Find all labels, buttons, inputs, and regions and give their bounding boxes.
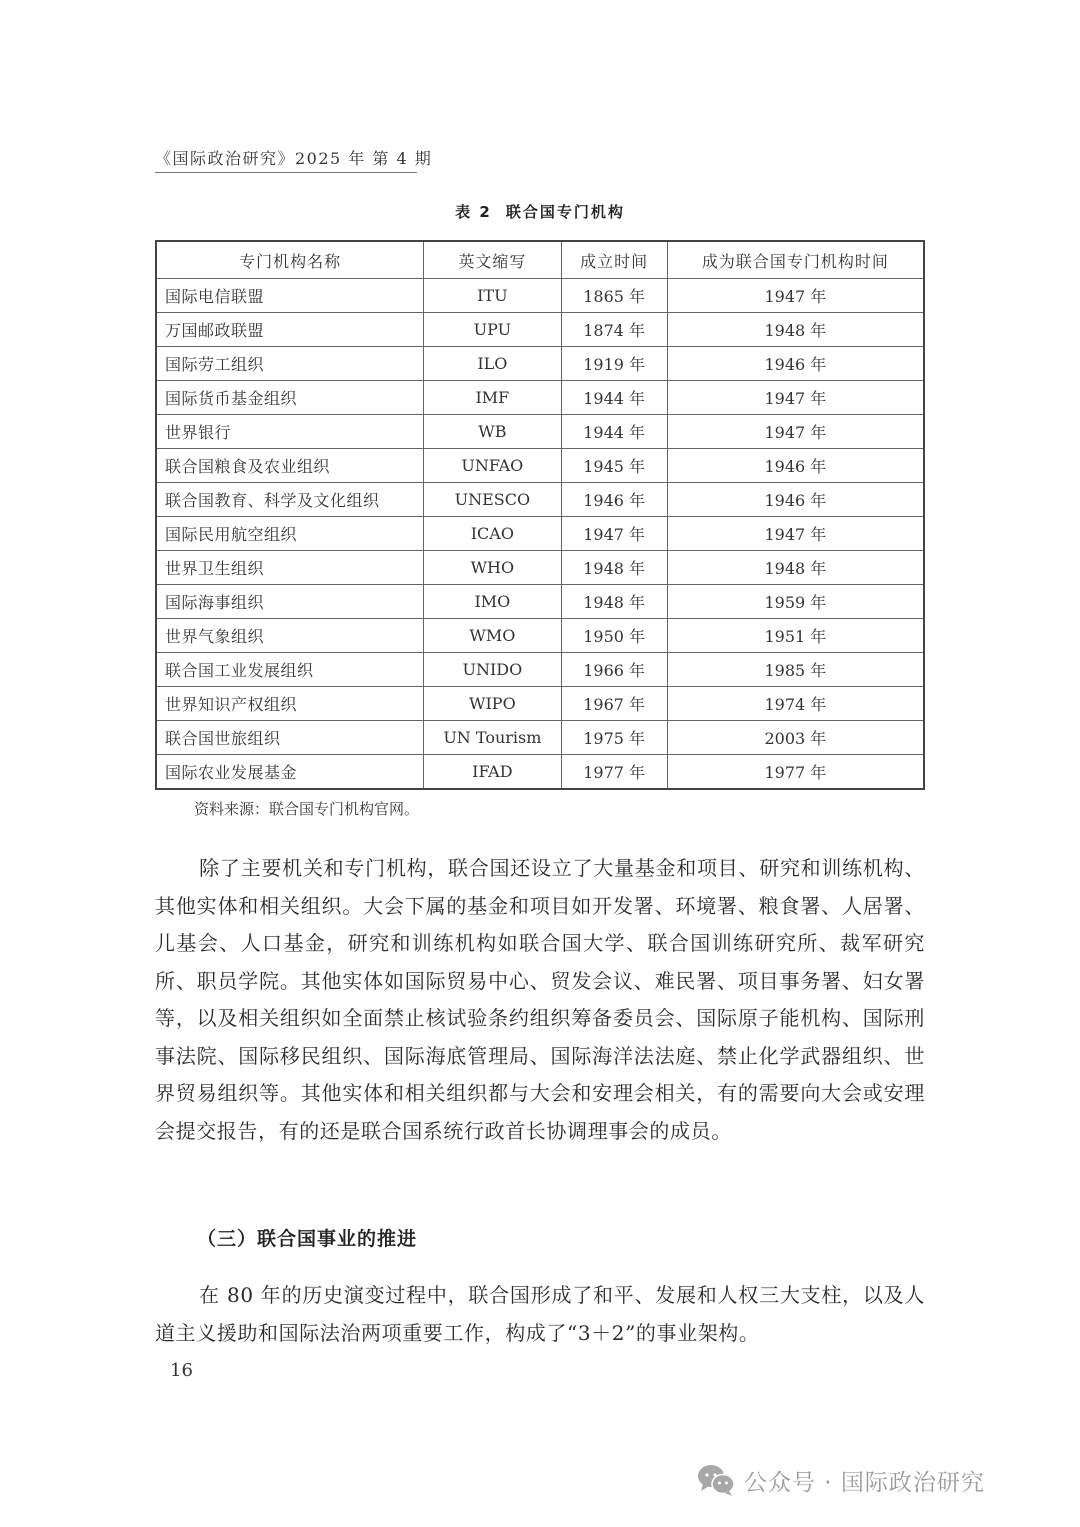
cell-became-agency: 1959 年 — [667, 585, 924, 619]
cell-founded: 1966 年 — [561, 653, 667, 687]
table-caption-title: 联合国专门机构 — [506, 203, 625, 221]
cell-founded: 1865 年 — [561, 279, 667, 313]
cell-became-agency: 1977 年 — [667, 755, 924, 790]
table-row: 国际货币基金组织IMF1944 年1947 年 — [156, 381, 924, 415]
page-number: 16 — [170, 1360, 193, 1381]
cell-founded: 1975 年 — [561, 721, 667, 755]
cell-agency-name: 联合国世旅组织 — [156, 721, 424, 755]
table-row: 国际农业发展基金IFAD1977 年1977 年 — [156, 755, 924, 790]
table-row: 联合国粮食及农业组织UNFAO1945 年1946 年 — [156, 449, 924, 483]
body-paragraph-1: 除了主要机关和专门机构，联合国还设立了大量基金和项目、研究和训练机构、其他实体和… — [155, 850, 925, 1150]
cell-became-agency: 1951 年 — [667, 619, 924, 653]
cell-became-agency: 2003 年 — [667, 721, 924, 755]
wechat-icon — [696, 1463, 736, 1497]
header-became-agency: 成为联合国专门机构时间 — [667, 241, 924, 279]
cell-founded: 1874 年 — [561, 313, 667, 347]
cell-became-agency: 1974 年 — [667, 687, 924, 721]
body-paragraph-2-text: 在 80 年的历史演变过程中，联合国形成了和平、发展和人权三大支柱，以及人道主义… — [155, 1283, 925, 1345]
table-row: 联合国教育、科学及文化组织UNESCO1946 年1946 年 — [156, 483, 924, 517]
table-row: 世界气象组织WMO1950 年1951 年 — [156, 619, 924, 653]
cell-agency-name: 国际民用航空组织 — [156, 517, 424, 551]
cell-founded: 1950 年 — [561, 619, 667, 653]
running-head: 《国际政治研究》2025 年 第 4 期 — [155, 146, 417, 173]
body-paragraph-1-text: 除了主要机关和专门机构，联合国还设立了大量基金和项目、研究和训练机构、其他实体和… — [155, 856, 925, 1143]
cell-agency-name: 万国邮政联盟 — [156, 313, 424, 347]
cell-abbreviation: IMF — [424, 381, 561, 415]
table-row: 万国邮政联盟UPU1874 年1948 年 — [156, 313, 924, 347]
cell-agency-name: 国际货币基金组织 — [156, 381, 424, 415]
table-row: 国际民用航空组织ICAO1947 年1947 年 — [156, 517, 924, 551]
cell-agency-name: 国际海事组织 — [156, 585, 424, 619]
header-agency-name: 专门机构名称 — [156, 241, 424, 279]
cell-became-agency: 1947 年 — [667, 517, 924, 551]
cell-founded: 1944 年 — [561, 381, 667, 415]
cell-became-agency: 1947 年 — [667, 415, 924, 449]
cell-abbreviation: IMO — [424, 585, 561, 619]
table-header-row: 专门机构名称 英文缩写 成立时间 成为联合国专门机构时间 — [156, 241, 924, 279]
cell-abbreviation: WB — [424, 415, 561, 449]
table-row: 世界知识产权组织WIPO1967 年1974 年 — [156, 687, 924, 721]
watermark-text: 公众号 · 国际政治研究 — [744, 1464, 985, 1497]
cell-abbreviation: ITU — [424, 279, 561, 313]
cell-agency-name: 国际农业发展基金 — [156, 755, 424, 790]
table-row: 国际电信联盟ITU1865 年1947 年 — [156, 279, 924, 313]
cell-became-agency: 1946 年 — [667, 449, 924, 483]
cell-abbreviation: UNESCO — [424, 483, 561, 517]
cell-founded: 1945 年 — [561, 449, 667, 483]
cell-abbreviation: UNIDO — [424, 653, 561, 687]
cell-became-agency: 1947 年 — [667, 279, 924, 313]
table-row: 国际劳工组织ILO1919 年1946 年 — [156, 347, 924, 381]
cell-abbreviation: UPU — [424, 313, 561, 347]
cell-agency-name: 联合国粮食及农业组织 — [156, 449, 424, 483]
table-row: 世界卫生组织WHO1948 年1948 年 — [156, 551, 924, 585]
cell-abbreviation: UN Tourism — [424, 721, 561, 755]
watermark: 公众号 · 国际政治研究 — [696, 1463, 985, 1497]
table-row: 联合国世旅组织UN Tourism1975 年2003 年 — [156, 721, 924, 755]
header-founded: 成立时间 — [561, 241, 667, 279]
cell-abbreviation: WHO — [424, 551, 561, 585]
cell-founded: 1944 年 — [561, 415, 667, 449]
cell-founded: 1967 年 — [561, 687, 667, 721]
cell-founded: 1919 年 — [561, 347, 667, 381]
cell-became-agency: 1946 年 — [667, 347, 924, 381]
cell-became-agency: 1947 年 — [667, 381, 924, 415]
specialized-agencies-table: 专门机构名称 英文缩写 成立时间 成为联合国专门机构时间 国际电信联盟ITU18… — [155, 240, 925, 790]
cell-abbreviation: WIPO — [424, 687, 561, 721]
table-body: 国际电信联盟ITU1865 年1947 年 万国邮政联盟UPU1874 年194… — [156, 279, 924, 790]
table-caption-number: 表 2 — [455, 203, 492, 221]
table-row: 世界银行WB1944 年1947 年 — [156, 415, 924, 449]
cell-agency-name: 世界气象组织 — [156, 619, 424, 653]
cell-founded: 1948 年 — [561, 551, 667, 585]
header-abbreviation: 英文缩写 — [424, 241, 561, 279]
cell-abbreviation: ICAO — [424, 517, 561, 551]
cell-became-agency: 1946 年 — [667, 483, 924, 517]
cell-agency-name: 世界卫生组织 — [156, 551, 424, 585]
cell-agency-name: 国际电信联盟 — [156, 279, 424, 313]
cell-agency-name: 世界知识产权组织 — [156, 687, 424, 721]
cell-became-agency: 1985 年 — [667, 653, 924, 687]
section-heading: （三）联合国事业的推进 — [197, 1224, 417, 1251]
cell-founded: 1947 年 — [561, 517, 667, 551]
cell-agency-name: 联合国工业发展组织 — [156, 653, 424, 687]
cell-abbreviation: UNFAO — [424, 449, 561, 483]
table-source-note: 资料来源：联合国专门机构官网。 — [194, 798, 419, 819]
cell-abbreviation: ILO — [424, 347, 561, 381]
body-paragraph-2: 在 80 年的历史演变过程中，联合国形成了和平、发展和人权三大支柱，以及人道主义… — [155, 1277, 925, 1352]
table-row: 国际海事组织IMO1948 年1959 年 — [156, 585, 924, 619]
cell-agency-name: 联合国教育、科学及文化组织 — [156, 483, 424, 517]
cell-abbreviation: IFAD — [424, 755, 561, 790]
cell-became-agency: 1948 年 — [667, 551, 924, 585]
cell-agency-name: 世界银行 — [156, 415, 424, 449]
cell-became-agency: 1948 年 — [667, 313, 924, 347]
cell-abbreviation: WMO — [424, 619, 561, 653]
cell-agency-name: 国际劳工组织 — [156, 347, 424, 381]
cell-founded: 1948 年 — [561, 585, 667, 619]
table-caption: 表 2联合国专门机构 — [0, 201, 1080, 222]
cell-founded: 1946 年 — [561, 483, 667, 517]
table-row: 联合国工业发展组织UNIDO1966 年1985 年 — [156, 653, 924, 687]
cell-founded: 1977 年 — [561, 755, 667, 790]
